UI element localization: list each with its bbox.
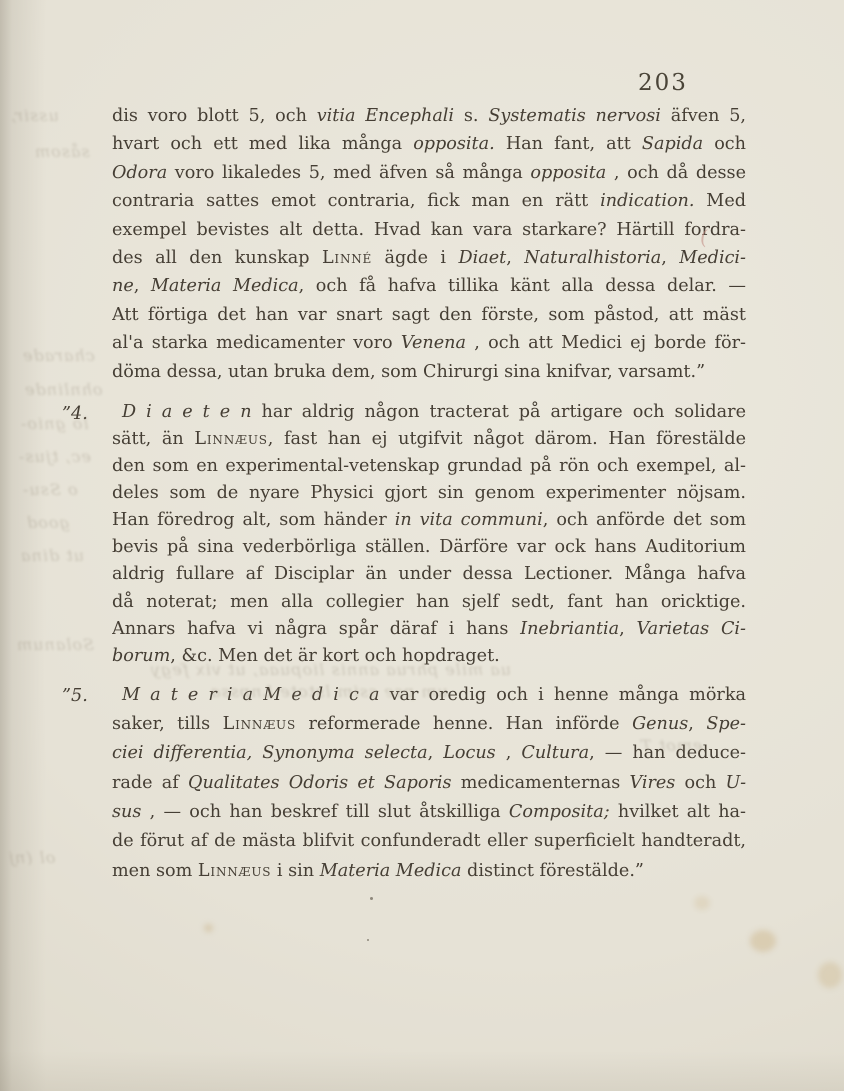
latin-term-italic: Composita;: [509, 802, 610, 822]
latin-term-italic: Sapida: [642, 134, 703, 154]
text-line: des all den kunskap Linné ägde i Diaet, …: [112, 244, 746, 272]
latin-term-italic: Qualitates Odoris et Saporis: [188, 773, 452, 793]
latin-term-italic: Cultura: [521, 743, 589, 763]
text-line: exempel bevistes alt detta. Hvad kan var…: [112, 216, 746, 244]
text-segment: Med: [694, 191, 746, 211]
text-segment: ,: [688, 714, 706, 734]
latin-term-italic: Venena: [401, 333, 466, 353]
latin-term-italic: Locus: [443, 743, 496, 763]
text-line: den som en experimental-vetenskap grunda…: [112, 453, 746, 480]
text-line: al'a starka medicamenter voro Venena , o…: [112, 329, 746, 357]
text-segment: voro likaledes 5, med äfven så många: [167, 163, 530, 183]
text-segment: , och få hafva tillika känt alla dessa d…: [299, 276, 746, 296]
bleedthrough-text: ohnlinde: [24, 380, 103, 399]
text-segment: , och då desse: [606, 163, 746, 183]
latin-term-italic: opposita.: [413, 134, 495, 154]
latin-term-italic: Naturalhistoria: [524, 248, 661, 268]
text-segment: bevis på sina vederbörliga ställen. Därf…: [112, 537, 746, 557]
name-smallcaps: Linnæus: [223, 714, 296, 734]
text-segment: Att förtiga det han var snart sagt den f…: [112, 305, 746, 325]
text-line: Annars hafva vi några spår däraf i hans …: [112, 616, 746, 643]
text-segment: och: [703, 134, 746, 154]
text-segment: ,: [496, 743, 522, 763]
latin-term-italic: Materia Medica: [151, 276, 299, 296]
text-segment: Annars hafva vi några spår däraf i hans: [112, 619, 520, 639]
text-segment: hvilket alt ha-: [610, 802, 746, 822]
latin-term-italic: Spe-: [706, 714, 746, 734]
bleedthrough-text: ua mile phrua annis liopuaa, ut vix fegy: [150, 660, 511, 679]
text-line: aldrig fullare af Disciplar än under des…: [112, 561, 746, 588]
text-line: sätt, än Linnæus, fast han ej utgifvit n…: [112, 426, 746, 453]
latin-term-italic: Systematis nervosi: [488, 106, 661, 126]
name-smallcaps: Linnæus: [198, 861, 271, 881]
text-segment: medicamenternas: [452, 773, 630, 793]
latin-term-italic: ne: [112, 276, 134, 296]
latin-term-italic: Varietas Ci-: [637, 619, 746, 639]
text-line: Odora voro likaledes 5, med äfven så mån…: [112, 159, 746, 187]
text-segment: contraria sattes emot contraria, fick ma…: [112, 191, 600, 211]
latin-term-italic: indication.: [600, 191, 694, 211]
text-segment: äfven 5,: [661, 106, 746, 126]
text-segment: deles som de nyare Physici gjort sin gen…: [112, 483, 746, 503]
text-line: Han föredrog alt, som händer in vita com…: [112, 507, 746, 534]
name-smallcaps: Linnæus: [194, 429, 267, 449]
text-segment: har aldrig någon tracterat på artigare o…: [252, 402, 746, 422]
bleedthrough-text: ol (nj: [8, 848, 55, 867]
ink-speck: [370, 897, 373, 900]
latin-term-italic: Odora: [112, 163, 167, 183]
latin-term-italic: ciei differentia, Synonyma selecta: [112, 743, 428, 763]
text-segment: och: [675, 773, 725, 793]
text-segment: då noterat; men alla collegier han sjelf…: [112, 592, 746, 612]
text-segment: hvart och ett med lika många: [112, 134, 413, 154]
text-line: D i a e t e n har aldrig någon tracterat…: [112, 399, 746, 426]
text-segment: Han fant, att: [495, 134, 642, 154]
text-line: deles som de nyare Physici gjort sin gen…: [112, 480, 746, 507]
bleedthrough-text: um pse ssim lstote Lnpssa: [210, 682, 448, 701]
text-segment: ,: [661, 248, 679, 268]
text-line: rade af Qualitates Odoris et Saporis med…: [112, 769, 746, 798]
text-line: Att förtiga det han var snart sagt den f…: [112, 301, 746, 329]
page-bottom-shading: [0, 1051, 844, 1091]
name-smallcaps: Linné: [322, 248, 372, 268]
text-line: contraria sattes emot contraria, fick ma…: [112, 187, 746, 215]
text-segment: dis voro blott 5, och: [112, 106, 317, 126]
bleedthrough-text: o Ssu-: [22, 480, 78, 499]
paragraph: ”4.D i a e t e n har aldrig någon tracte…: [112, 399, 746, 670]
latin-term-italic: Diaet: [458, 248, 506, 268]
text-segment: , fast han ej utgifvit något därom. Han …: [268, 429, 746, 449]
bleedthrough-text: Solanum: [16, 635, 94, 654]
text-segment: aldrig fullare af Disciplar än under des…: [112, 564, 746, 584]
text-segment: i sin: [271, 861, 319, 881]
text-line: sus , — och han beskref till slut åtskil…: [112, 798, 746, 827]
paragraph: ”5.M a t e r i a M e d i c a var oredig …: [112, 681, 746, 886]
text-line: då noterat; men alla collegier han sjelf…: [112, 589, 746, 616]
text-segment: ,: [428, 743, 444, 763]
text-line: ne, Materia Medica, och få hafva tillika…: [112, 272, 746, 300]
text-segment: döma dessa, utan bruka dem, som Chirurgi…: [112, 362, 705, 382]
text-segment: des all den kunskap: [112, 248, 322, 268]
text-segment: reformerade henne. Han införde: [296, 714, 632, 734]
latin-term-italic: Genus: [632, 714, 688, 734]
text-segment: distinct förestälde.”: [461, 861, 643, 881]
bleedthrough-text: lo gnio-: [20, 414, 89, 433]
text-segment: , och att Medici ej borde för-: [466, 333, 746, 353]
bleedthrough-text: såsom: [34, 142, 90, 161]
latin-term-italic: U-: [726, 773, 746, 793]
latin-term-italic: D i a e t e n: [122, 402, 252, 422]
paragraph-number: ”5.: [62, 682, 88, 710]
text-segment: Han föredrog alt, som händer: [112, 510, 395, 530]
latin-term-italic: Inebriantia: [520, 619, 619, 639]
text-segment: ,: [506, 248, 524, 268]
latin-term-italic: Vires: [629, 773, 675, 793]
text-line: hvart och ett med lika många opposita. H…: [112, 130, 746, 158]
paper-stain: [694, 896, 710, 910]
text-segment: s.: [454, 106, 488, 126]
paper-stain: [750, 930, 776, 952]
text-segment: ägde i: [372, 248, 458, 268]
text-segment: exempel bevistes alt detta. Hvad kan var…: [112, 220, 746, 240]
latin-term-italic: sus: [112, 802, 141, 822]
latin-term-italic: vitia Encephali: [317, 106, 454, 126]
text-line: dis voro blott 5, och vitia Encephali s.…: [112, 102, 746, 130]
bleedthrough-text: ec, tjus-: [18, 447, 91, 466]
bleedthrough-text: ut dina: [20, 546, 84, 565]
text-segment: , och anförde det som: [543, 510, 746, 530]
latin-term-italic: in vita communi: [395, 510, 543, 530]
body-text: dis voro blott 5, och vitia Encephali s.…: [112, 102, 746, 886]
bleedthrough-text: emot T: [640, 736, 702, 755]
ink-speck: [367, 939, 369, 941]
text-segment: ,: [134, 276, 151, 296]
text-segment: , — och han beskref till slut åtskilliga: [141, 802, 509, 822]
bleedthrough-text: good: [26, 513, 70, 532]
text-segment: ,: [619, 619, 636, 639]
text-line: men som Linnæus i sin Materia Medica dis…: [112, 857, 746, 886]
text-segment: de förut af de mästa blifvit confunderad…: [112, 831, 746, 851]
text-segment: saker, tills: [112, 714, 223, 734]
text-segment: rade af: [112, 773, 188, 793]
text-segment: al'a starka medicamenter voro: [112, 333, 401, 353]
text-segment: men som: [112, 861, 198, 881]
bleedthrough-text: charade: [22, 346, 95, 365]
paper-stain: [204, 924, 213, 932]
text-segment: sätt, än: [112, 429, 194, 449]
latin-term-italic: opposita: [530, 163, 606, 183]
text-segment: den som en experimental-vetenskap grunda…: [112, 456, 746, 476]
latin-term-italic: Materia Medica: [320, 861, 462, 881]
page-number: 203: [638, 70, 688, 96]
text-line: döma dessa, utan bruka dem, som Chirurgi…: [112, 358, 746, 386]
paper-stain: [818, 962, 842, 988]
bleedthrough-text: ussir,: [10, 106, 59, 125]
text-line: de förut af de mästa blifvit confunderad…: [112, 827, 746, 856]
latin-term-italic: Medici-: [679, 248, 746, 268]
paragraph: dis voro blott 5, och vitia Encephali s.…: [112, 102, 746, 386]
text-line: bevis på sina vederbörliga ställen. Därf…: [112, 534, 746, 561]
scanned-book-page: 203 dis voro blott 5, och vitia Encephal…: [0, 0, 844, 1091]
